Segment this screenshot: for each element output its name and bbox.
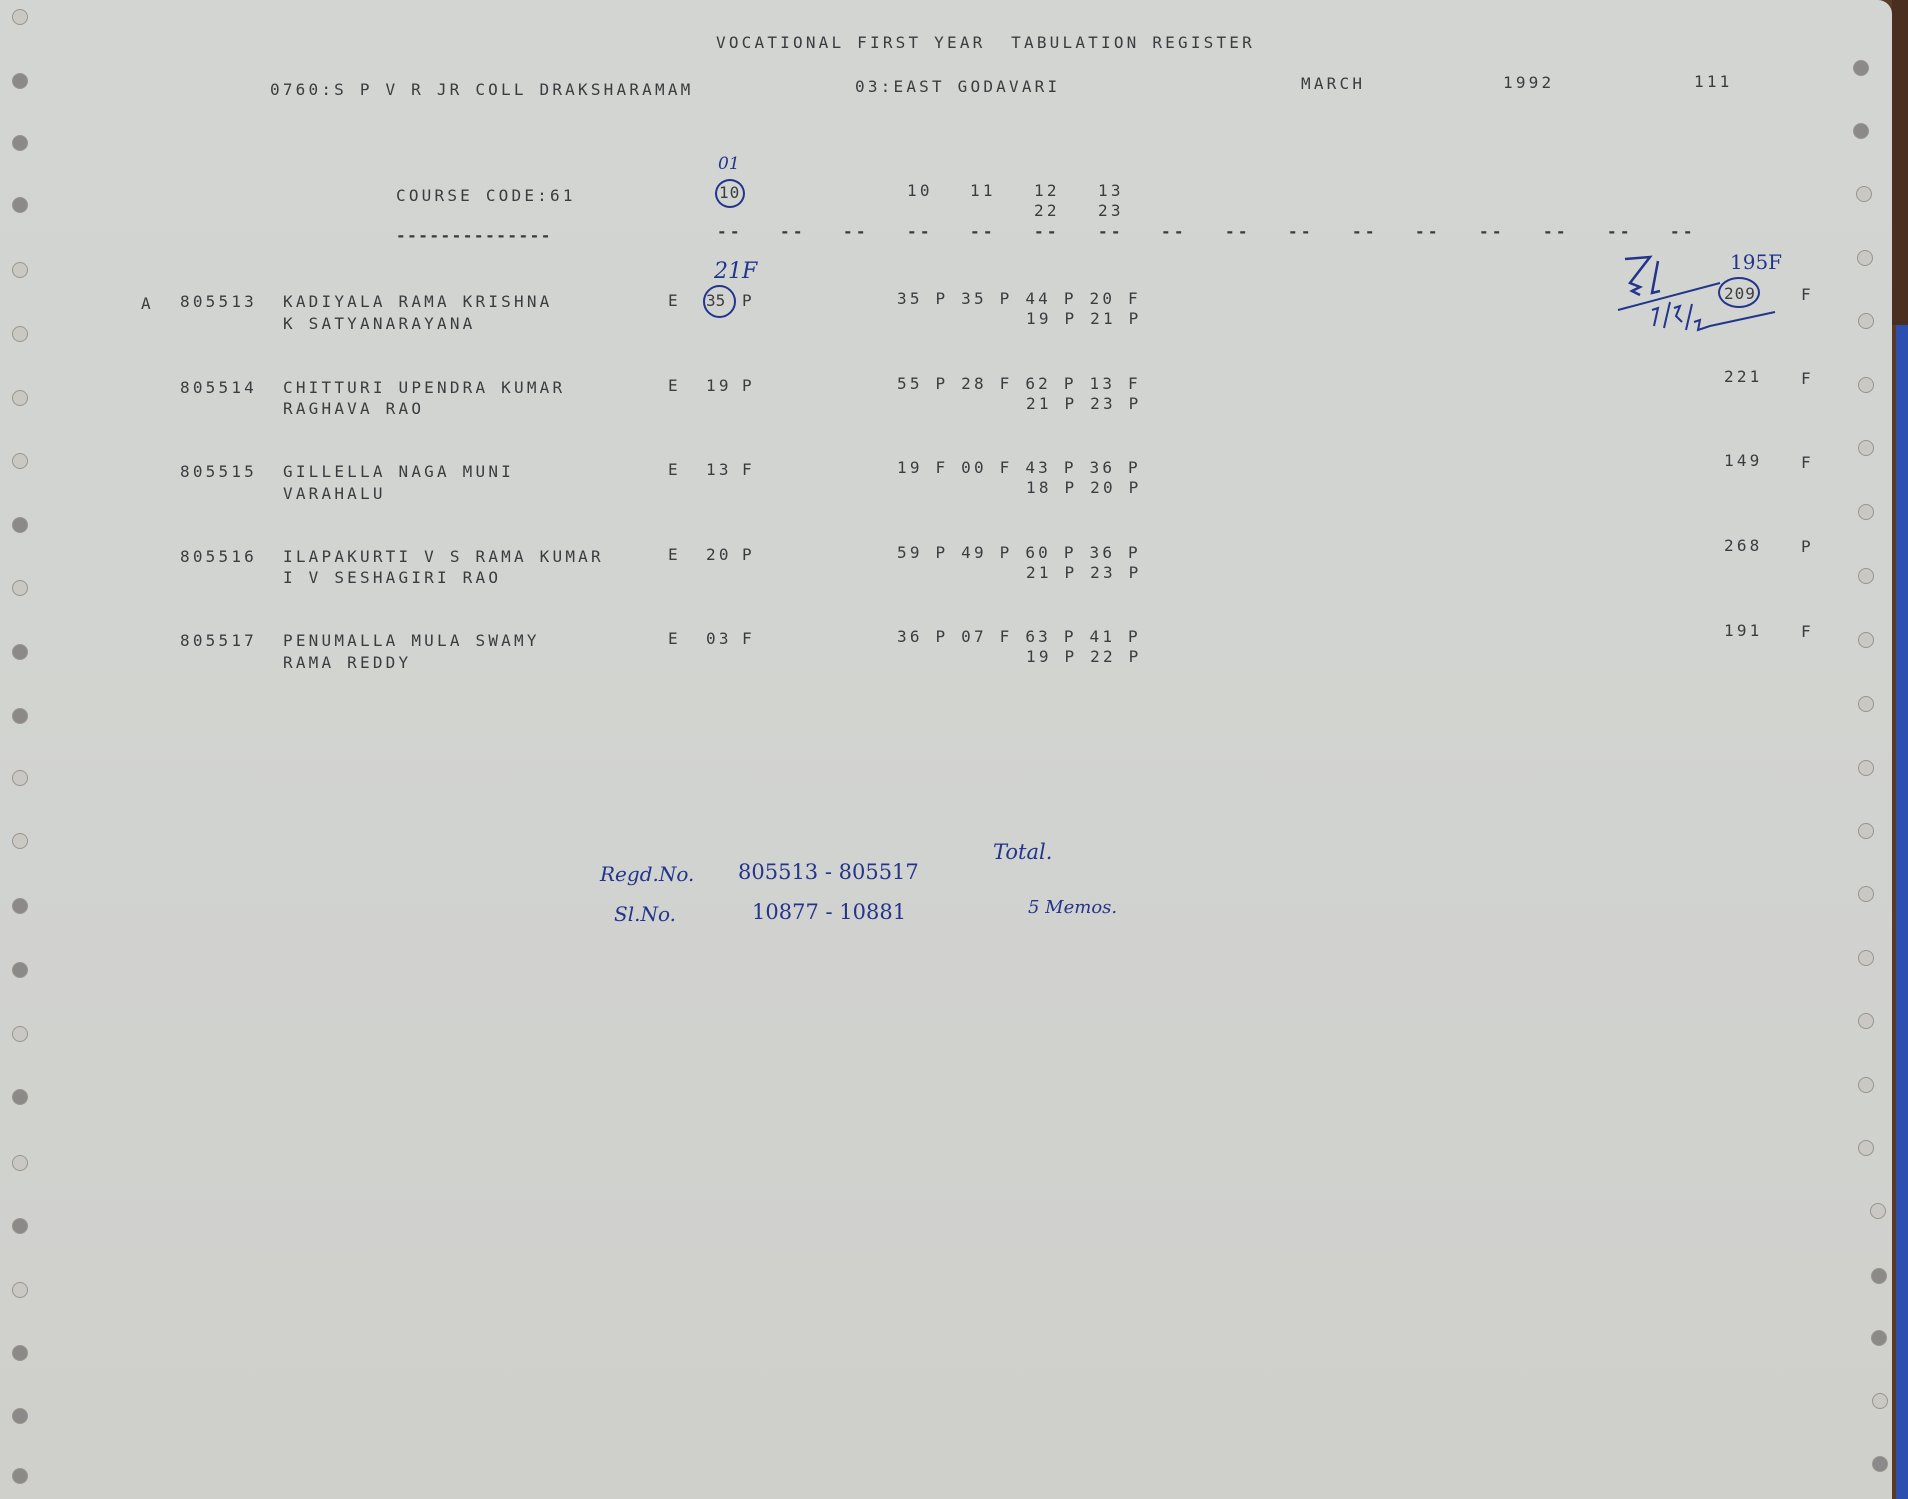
feed-hole bbox=[1871, 1268, 1887, 1284]
feed-hole bbox=[12, 73, 28, 89]
subject-marks: 59 P 49 P 60 P 36 P bbox=[897, 543, 1141, 563]
college-name: 0760:S P V R JR COLL DRAKSHARAMAM bbox=[270, 80, 693, 100]
student-name: ILAPAKURTI V S RAMA KUMAR bbox=[283, 547, 604, 567]
student-name: GILLELLA NAGA MUNI bbox=[283, 462, 514, 482]
feed-hole bbox=[1858, 377, 1874, 393]
subject-marks-secondary: 18 P 20 P bbox=[1026, 478, 1142, 498]
parent-name: VARAHALU bbox=[283, 484, 386, 504]
subject-code: 23 bbox=[1098, 201, 1124, 221]
column-dash: -- bbox=[970, 222, 996, 242]
first-result: P bbox=[742, 291, 755, 311]
column-dash: -- bbox=[907, 222, 933, 242]
feed-hole bbox=[12, 1218, 28, 1234]
final-result: P bbox=[1801, 537, 1814, 557]
column-dash: -- bbox=[843, 222, 869, 242]
subject-marks: 19 F 00 F 43 P 36 P bbox=[897, 458, 1141, 478]
page-number: 111 bbox=[1694, 72, 1733, 92]
district-name: 03:EAST GODAVARI bbox=[855, 77, 1060, 97]
medium: E bbox=[668, 545, 681, 565]
medium: E bbox=[668, 291, 681, 311]
reg-number: 805514 bbox=[180, 378, 257, 398]
feed-hole bbox=[12, 517, 28, 533]
final-result: F bbox=[1801, 622, 1814, 642]
exam-year: 1992 bbox=[1503, 73, 1554, 93]
reg-number: 805516 bbox=[180, 547, 257, 567]
feed-hole bbox=[12, 833, 28, 849]
feed-hole bbox=[12, 9, 28, 25]
subject-code: 10 bbox=[719, 183, 740, 203]
subject-code: 10 bbox=[907, 181, 933, 201]
feed-hole bbox=[1872, 1456, 1888, 1472]
column-dash: -- bbox=[1479, 222, 1505, 242]
feed-hole bbox=[1858, 823, 1874, 839]
feed-hole bbox=[1858, 568, 1874, 584]
exam-month: MARCH bbox=[1301, 74, 1365, 94]
subject-marks: 55 P 28 F 62 P 13 F bbox=[897, 374, 1141, 394]
feed-hole bbox=[1858, 632, 1874, 648]
column-dash: -- bbox=[1607, 222, 1633, 242]
feed-hole bbox=[12, 1282, 28, 1298]
feed-hole bbox=[12, 708, 28, 724]
column-dash: -- bbox=[1543, 222, 1569, 242]
first-mark: 03 bbox=[706, 629, 732, 649]
first-mark: 19 bbox=[706, 376, 732, 396]
feed-hole bbox=[12, 1468, 28, 1484]
column-dash: -- bbox=[1288, 222, 1314, 242]
reg-number: 805515 bbox=[180, 462, 257, 482]
medium: E bbox=[668, 629, 681, 649]
column-dash: -- bbox=[1670, 222, 1696, 242]
serial-range: 10877 - 10881 bbox=[752, 900, 906, 924]
first-mark: 20 bbox=[706, 545, 732, 565]
feed-hole bbox=[1858, 440, 1874, 456]
feed-hole bbox=[12, 962, 28, 978]
row-marker: A bbox=[141, 294, 154, 314]
feed-hole bbox=[1853, 123, 1869, 139]
feed-hole bbox=[12, 770, 28, 786]
feed-hole bbox=[12, 1026, 28, 1042]
subject-marks: 35 P 35 P 44 P 20 F bbox=[897, 289, 1141, 309]
memo-count: 5 Memos. bbox=[1028, 897, 1117, 918]
parent-name: RAGHAVA RAO bbox=[283, 399, 424, 419]
feed-hole bbox=[1858, 696, 1874, 712]
column-dash: -- bbox=[1161, 222, 1187, 242]
subject-code: 13 bbox=[1098, 181, 1124, 201]
subject-marks-secondary: 19 P 21 P bbox=[1026, 309, 1142, 329]
subject-marks-secondary: 21 P 23 P bbox=[1026, 563, 1142, 583]
subject-code: 11 bbox=[970, 181, 996, 201]
grand-total: 221 bbox=[1724, 367, 1763, 387]
feed-hole bbox=[12, 135, 28, 151]
parent-name: K SATYANARAYANA bbox=[283, 314, 476, 334]
feed-hole bbox=[12, 390, 28, 406]
feed-hole bbox=[12, 580, 28, 596]
student-name: PENUMALLA MULA SWAMY bbox=[283, 631, 540, 651]
feed-hole bbox=[12, 262, 28, 278]
reg-number: 805513 bbox=[180, 292, 257, 312]
background-edge bbox=[1892, 0, 1908, 325]
first-mark: 13 bbox=[706, 460, 732, 480]
column-dash: -- bbox=[717, 222, 743, 242]
course-code: COURSE CODE:61 bbox=[396, 186, 576, 206]
feed-hole bbox=[1858, 886, 1874, 902]
register-page: VOCATIONAL FIRST YEAR TABULATION REGISTE… bbox=[0, 0, 1892, 1499]
feed-hole bbox=[1871, 1330, 1887, 1346]
feed-hole bbox=[1858, 1013, 1874, 1029]
feed-hole bbox=[1858, 1140, 1874, 1156]
grand-total: 149 bbox=[1724, 451, 1763, 471]
subject-marks: 36 P 07 F 63 P 41 P bbox=[897, 627, 1141, 647]
first-result: F bbox=[742, 460, 755, 480]
column-dash: -- bbox=[780, 222, 806, 242]
feed-hole bbox=[12, 1345, 28, 1361]
reg-number: 805517 bbox=[180, 631, 257, 651]
first-result: P bbox=[742, 376, 755, 396]
feed-hole bbox=[12, 453, 28, 469]
medium: E bbox=[668, 376, 681, 396]
feed-hole bbox=[1856, 186, 1872, 202]
column-dash: -- bbox=[1352, 222, 1378, 242]
date-stroke bbox=[1650, 300, 1780, 345]
course-underline: -------------- bbox=[396, 226, 552, 246]
reg-label: Regd.No. bbox=[600, 862, 694, 886]
final-result: F bbox=[1801, 453, 1814, 473]
first-mark: 35 bbox=[706, 291, 725, 311]
feed-hole bbox=[1853, 60, 1869, 76]
feed-hole bbox=[1858, 1077, 1874, 1093]
medium: E bbox=[668, 460, 681, 480]
final-result: F bbox=[1801, 285, 1814, 305]
feed-hole bbox=[12, 1089, 28, 1105]
feed-hole bbox=[12, 898, 28, 914]
subject-marks-secondary: 19 P 22 P bbox=[1026, 647, 1142, 667]
total-label: Total. bbox=[993, 840, 1052, 864]
student-name: CHITTURI UPENDRA KUMAR bbox=[283, 378, 565, 398]
feed-hole bbox=[12, 326, 28, 342]
student-name: KADIYALA RAMA KRISHNA bbox=[283, 292, 553, 312]
serial-label: Sl.No. bbox=[614, 902, 676, 926]
feed-hole bbox=[1857, 250, 1873, 266]
handwritten-revised-mark: 21F bbox=[714, 259, 757, 284]
feed-hole bbox=[1872, 1393, 1888, 1409]
column-dash: -- bbox=[1415, 222, 1441, 242]
subject-code: 12 bbox=[1034, 181, 1060, 201]
grand-total: 191 bbox=[1724, 621, 1763, 641]
binder-strip bbox=[1896, 325, 1908, 1499]
register-title: VOCATIONAL FIRST YEAR TABULATION REGISTE… bbox=[716, 33, 1255, 53]
feed-hole bbox=[12, 1155, 28, 1171]
parent-name: I V SESHAGIRI RAO bbox=[283, 568, 501, 588]
reg-range: 805513 - 805517 bbox=[738, 860, 919, 884]
feed-hole bbox=[12, 197, 28, 213]
column-dash: -- bbox=[1225, 222, 1251, 242]
first-result: P bbox=[742, 545, 755, 565]
feed-hole bbox=[1858, 504, 1874, 520]
column-dash: -- bbox=[1098, 222, 1124, 242]
subject-code: 22 bbox=[1034, 201, 1060, 221]
parent-name: RAMA REDDY bbox=[283, 653, 411, 673]
handwritten-code-note: 01 bbox=[718, 154, 740, 174]
final-result: F bbox=[1801, 369, 1814, 389]
subject-marks-secondary: 21 P 23 P bbox=[1026, 394, 1142, 414]
first-result: F bbox=[742, 629, 755, 649]
feed-hole bbox=[1858, 313, 1874, 329]
feed-hole bbox=[1858, 950, 1874, 966]
column-dash: -- bbox=[1034, 222, 1060, 242]
feed-hole bbox=[1858, 760, 1874, 776]
feed-hole bbox=[1870, 1203, 1886, 1219]
grand-total: 268 bbox=[1724, 536, 1763, 556]
feed-hole bbox=[12, 1408, 28, 1424]
feed-hole bbox=[12, 644, 28, 660]
